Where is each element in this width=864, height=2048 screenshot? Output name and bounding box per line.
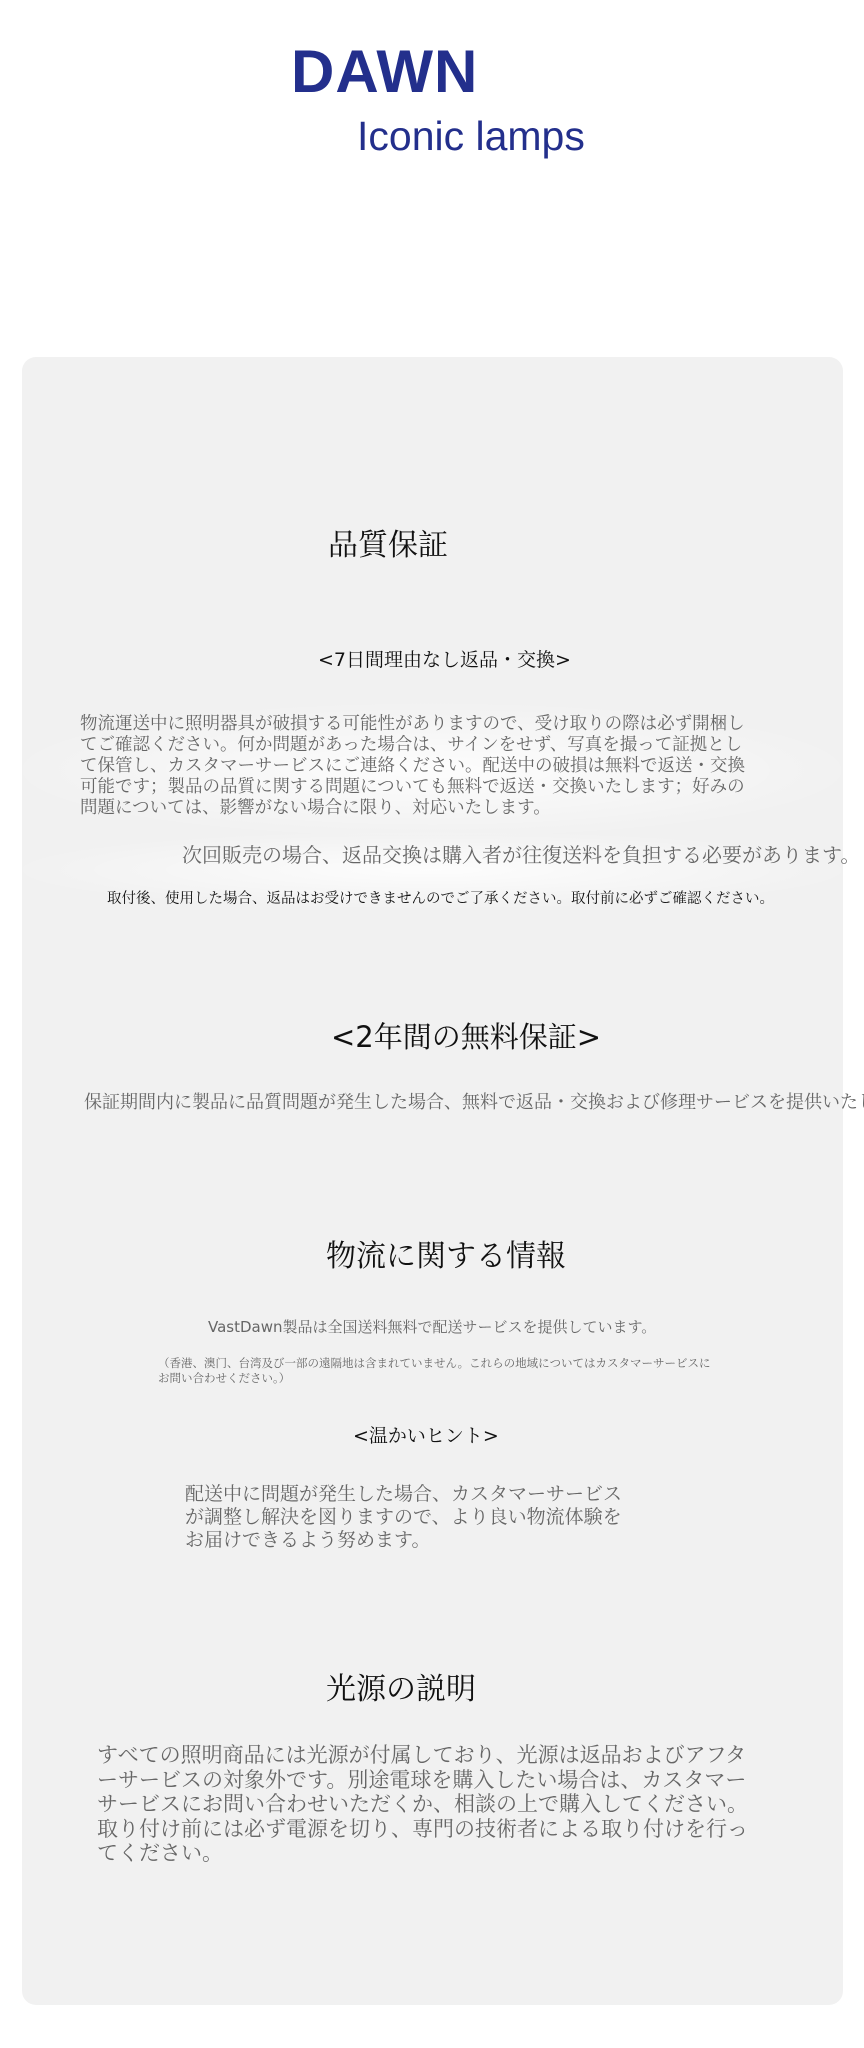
brand-logo: DAWN (291, 42, 478, 102)
shipping-cost-note: 次回販売の場合、返品交換は購入者が往復送料を負担する必要があります。 (182, 843, 860, 867)
return-policy-paragraph: 物流運送中に照明器具が破損する可能性がありますので、受け取りの際は必ず開梱してご… (80, 714, 752, 819)
installed-return-note: 取付後、使用した場合、返品はお受けできませんのでご了承ください。取付前に必ずご確… (107, 891, 774, 908)
section-title-quality: 品質保証 (328, 528, 448, 564)
free-shipping-text: VastDawn製品は全国送料無料で配送サービスを提供しています。 (208, 1318, 656, 1336)
return-policy-heading: <7日間理由なし返品・交換> (318, 649, 571, 672)
light-source-paragraph: すべての照明商品には光源が付属しており、光源は返品およびアフターサービスの対象外… (97, 1743, 767, 1866)
tip-heading: <温かいヒント> (353, 1425, 499, 1448)
warranty-heading: <2年間の無料保証> (331, 1020, 601, 1055)
section-title-logistics: 物流に関する情報 (326, 1239, 566, 1275)
tip-paragraph: 配送中に問題が発生した場合、カスタマーサービスが調整し解決を図りますので、より良… (185, 1483, 630, 1552)
warranty-paragraph: 保証期間内に製品に品質問題が発生した場合、無料で返品・交換および修理サービスを提… (84, 1092, 864, 1114)
section-title-light-source: 光源の説明 (326, 1672, 476, 1708)
shipping-exclusions-note: （香港、澳门、台湾及び一部の遠隔地は含まれていません。これらの地域についてはカス… (158, 1356, 718, 1386)
brand-tagline: Iconic lamps (357, 112, 585, 160)
brand-header: DAWN Iconic lamps (0, 0, 864, 200)
